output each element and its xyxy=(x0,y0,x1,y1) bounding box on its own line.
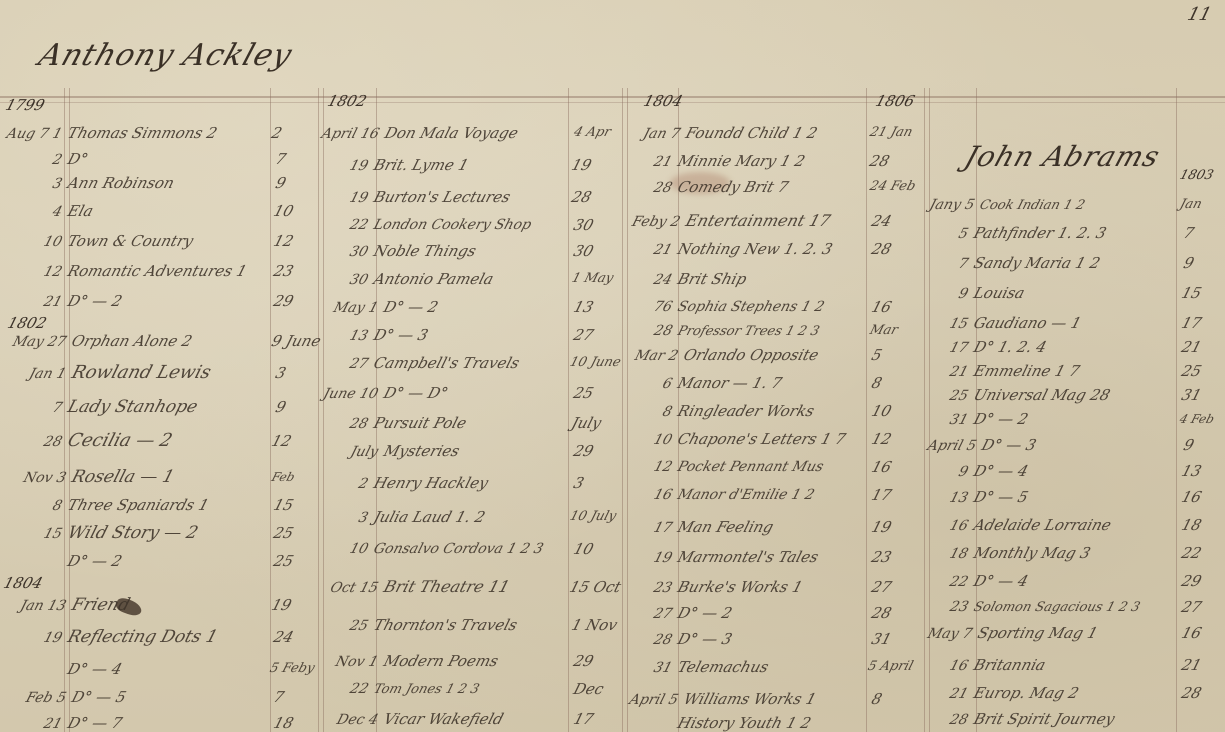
entry-title: Pathfinder 1. 2. 3 xyxy=(972,224,1109,242)
ledger-entry: 31Telemachus xyxy=(641,658,770,677)
ledger-entry: May 7Sporting Mag 1 xyxy=(921,624,1100,643)
entry-date: Jany 5 xyxy=(922,196,977,214)
ledger-entry: 16Adelaide Lorraine xyxy=(937,516,1113,535)
entry-title: Pocket Pennant Mus xyxy=(675,458,825,476)
entry-qty: 3 xyxy=(571,474,586,492)
entry-date: 28 xyxy=(641,179,674,197)
entry-qty: 9 xyxy=(1181,254,1196,272)
ledger-entry: 8Ringleader Works xyxy=(641,402,816,421)
entry-title: D° 1. 2. 4 xyxy=(972,338,1049,356)
ledger-entry: April 5D° — 3 xyxy=(925,436,1038,455)
entry-title: D° — 5 xyxy=(70,688,129,706)
entry-date: 17 xyxy=(937,339,970,357)
ledger-entry: 23Solomon Sagacious 1 2 3 xyxy=(937,598,1142,617)
entry-title: Adelaide Lorraine xyxy=(972,516,1114,534)
ledger-entry: 13D° — 5 xyxy=(937,488,1030,507)
entry-date: 12 xyxy=(31,263,64,281)
ledger-entry: 12Pocket Pennant Mus xyxy=(641,458,825,476)
entry-title: Julia Laud 1. 2 xyxy=(372,508,488,526)
entry-qty: 27 xyxy=(869,578,893,596)
ledger-entry: 3Ann Robinson xyxy=(31,174,176,193)
entry-title: History Youth 1 2 xyxy=(675,714,813,732)
ledger-entry: 17D° 1. 2. 4 xyxy=(937,338,1048,357)
entry-qty: 27 xyxy=(1179,598,1203,616)
entry-qty: 18 xyxy=(271,714,295,732)
entry-qty: 9 xyxy=(1181,436,1196,454)
ledger-entry: 22D° — 4 xyxy=(937,572,1030,591)
entry-qty: 31 xyxy=(1179,386,1203,404)
ledger-entry: Feby 2Entertainment 17 xyxy=(613,212,832,231)
entry-date: 22 xyxy=(338,680,371,698)
entry-title: Marmontel's Tales xyxy=(676,548,821,566)
ledger-entry: 25Thornton's Travels xyxy=(337,616,519,635)
header-rule xyxy=(0,96,1225,98)
ledger-entry: 7Lady Stanhope xyxy=(31,398,199,417)
entry-title: D° — 7 xyxy=(66,714,125,732)
ledger-entry: 16Britannia xyxy=(937,656,1047,675)
entry-date: Jan 13 xyxy=(1,597,68,615)
year-label: 1804 xyxy=(1,574,44,592)
entry-title: Emmeline 1 7 xyxy=(972,362,1082,380)
entry-date: May 27 xyxy=(1,333,68,351)
entry-date: May 1 xyxy=(319,299,380,317)
entry-date: 17 xyxy=(641,519,674,537)
entry-date: 12 xyxy=(641,458,674,476)
entry-qty: 12 xyxy=(869,430,893,448)
ledger-entry: 7Sandy Maria 1 2 xyxy=(937,254,1102,273)
entry-title: Brit. Lyme 1 xyxy=(372,156,471,174)
entry-date: June 10 xyxy=(313,385,380,403)
entry-title: D° — 2 xyxy=(676,604,735,622)
entry-title: Pursuit Pole xyxy=(372,414,469,432)
entry-date: 27 xyxy=(641,605,674,623)
entry-date: 3 xyxy=(31,175,64,193)
ledger-entry: 10Gonsalvo Cordova 1 2 3 xyxy=(337,540,545,558)
ledger-entry: 15Gaudiano — 1 xyxy=(937,314,1083,333)
entry-qty: 25 xyxy=(271,524,295,542)
entry-title: D° — 2 xyxy=(382,298,441,316)
ledger-entry: May 27Orphan Alone 2 xyxy=(1,332,194,351)
entry-qty: 9 xyxy=(273,174,288,192)
entry-title: Sophia Stephens 1 2 xyxy=(675,298,826,316)
entry-qty: 10 xyxy=(271,202,295,220)
entry-qty: 7 xyxy=(273,150,288,168)
entry-qty: 13 xyxy=(1179,462,1203,480)
entry-title: Universal Mag 28 xyxy=(972,386,1113,404)
ledger-entry: 22Tom Jones 1 2 3 xyxy=(337,680,481,699)
entry-qty: 10 xyxy=(571,540,595,558)
entry-date: 18 xyxy=(937,545,970,563)
ledger-entry: 28Pursuit Pole xyxy=(337,414,469,433)
entry-date: July xyxy=(319,443,380,461)
entry-title: Europ. Mag 2 xyxy=(972,684,1081,702)
entry-date: 15 xyxy=(937,315,970,333)
entry-title: D° — 4 xyxy=(65,660,124,678)
entry-qty: 29 xyxy=(571,442,595,460)
ledger-entry: Nov 3Rosella — 1 xyxy=(7,468,176,487)
entry-title: Williams Works 1 xyxy=(682,690,819,708)
entry-date: 28 xyxy=(337,415,370,433)
entry-title: Friend xyxy=(70,596,132,614)
entry-date: 3 xyxy=(337,509,370,527)
entry-qty: 15 Oct xyxy=(567,578,623,596)
entry-date: 4 xyxy=(31,203,64,221)
ledger-entry: 23Burke's Works 1 xyxy=(641,578,805,597)
entry-date: 8 xyxy=(31,497,64,515)
entry-title: Three Spaniards 1 xyxy=(66,496,212,514)
ledger-entry: 19Reflecting Dots 1 xyxy=(31,628,219,647)
entry-date: 28 xyxy=(642,322,675,340)
entry-qty: 23 xyxy=(869,548,893,566)
entry-qty: 22 xyxy=(1179,544,1203,562)
entry-title: Monthly Mag 3 xyxy=(972,544,1093,562)
entry-date: 15 xyxy=(31,525,64,543)
entry-qty: 13 xyxy=(571,298,595,316)
entry-title: Manor — 1. 7 xyxy=(676,374,784,392)
ledger-entry: 21Europ. Mag 2 xyxy=(937,684,1081,703)
entry-date: May 7 xyxy=(921,625,974,643)
entry-qty: 5 Feby xyxy=(267,660,316,678)
entry-title: Antonio Pamela xyxy=(372,270,496,288)
entry-qty: 28 xyxy=(869,604,893,622)
entry-title: Telemachus xyxy=(676,658,771,676)
entry-title: Brit Ship xyxy=(676,270,749,288)
ledger-entry: History Youth 1 2 xyxy=(641,714,813,732)
year-label: 1799 xyxy=(3,96,46,114)
ledger-entry: 21Minnie Mary 1 2 xyxy=(641,152,807,171)
ledger-entry: 4Ela xyxy=(31,202,95,221)
ledger-entry: 28Comedy Brit 7 xyxy=(641,178,790,197)
ledger-entry: 9D° — 4 xyxy=(937,462,1030,481)
ledger-entry: 6Manor — 1. 7 xyxy=(641,374,784,393)
entry-date: 28 xyxy=(641,631,674,649)
entry-date: 22 xyxy=(937,573,970,591)
entry-title: Town & Country xyxy=(66,232,196,250)
ledger-entry: 31D° — 2 xyxy=(937,410,1030,429)
entry-title: D° — 5 xyxy=(972,488,1031,506)
entry-date: 28 xyxy=(31,433,64,451)
entry-qty: 27 xyxy=(571,326,595,344)
ledger-entry: 28Cecilia — 2 xyxy=(31,432,174,451)
entry-date: Feb 5 xyxy=(1,689,68,707)
ledger-entry: 10Chapone's Letters 1 7 xyxy=(641,430,848,449)
entry-title: Chapone's Letters 1 7 xyxy=(676,430,848,448)
entry-qty: 4 Feb xyxy=(1177,410,1216,428)
entry-date: 21 xyxy=(641,241,674,259)
entry-title: D° — 4 xyxy=(972,462,1031,480)
column-rule xyxy=(376,88,377,732)
entry-qty: 4 Apr xyxy=(571,124,612,142)
entry-qty: 29 xyxy=(571,652,595,670)
entry-date: 9 xyxy=(937,463,970,481)
ledger-entry: 8Three Spaniards 1 xyxy=(31,496,211,515)
ledger-entry: Mar 2Orlando Opposite xyxy=(621,346,821,365)
entry-title: London Cookery Shop xyxy=(371,216,533,234)
entry-title: Wild Story — 2 xyxy=(66,524,201,542)
ledger-entry: JulyMysteries xyxy=(319,442,461,461)
entry-qty: 24 xyxy=(869,212,893,230)
entry-title: Foundd Child 1 2 xyxy=(684,124,820,142)
ledger-entry: 19Burton's Lectures xyxy=(337,188,512,207)
column-rule xyxy=(568,88,569,732)
entry-qty: 24 xyxy=(271,628,295,646)
entry-date: April 5 xyxy=(621,691,680,709)
entry-title: Nothing New 1. 2. 3 xyxy=(676,240,835,258)
entry-title: Ela xyxy=(66,202,96,220)
entry-title: Professor Trees 1 2 3 xyxy=(675,323,821,341)
ledger-entry: April 5Williams Works 1 xyxy=(621,690,818,709)
entry-date: 19 xyxy=(641,549,674,567)
ledger-entry: 25Universal Mag 28 xyxy=(937,386,1112,405)
entry-title: D° xyxy=(66,150,91,168)
entry-qty: 28 xyxy=(867,152,891,170)
entry-date: 24 xyxy=(641,271,674,289)
ledger-entry: 22London Cookery Shop xyxy=(337,216,533,234)
entry-qty: Feb xyxy=(269,468,297,486)
year-label: 1802 xyxy=(5,314,48,332)
entry-date: 10 xyxy=(337,540,370,558)
ledger-entry: 16Manor d'Emilie 1 2 xyxy=(641,486,816,504)
entry-title: Comedy Brit 7 xyxy=(676,178,791,196)
entry-date: April 5 xyxy=(925,437,978,455)
entry-date: 21 xyxy=(641,153,674,171)
entry-title: D° — 2 xyxy=(972,410,1031,428)
ledger-entry: 12Romantic Adventures 1 xyxy=(31,262,249,281)
ledger-entry: Jan 13Friend xyxy=(1,596,132,615)
entry-qty: 18 xyxy=(1179,516,1203,534)
entry-qty: 30 xyxy=(571,216,595,234)
entry-date: 22 xyxy=(337,216,370,234)
ledger-entry: 2D° xyxy=(31,150,90,169)
entry-title: Solomon Sagacious 1 2 3 xyxy=(971,599,1142,617)
ledger-entry: 21Emmeline 1 7 xyxy=(937,362,1081,381)
entry-qty: 29 xyxy=(271,292,295,310)
entry-date: 19 xyxy=(31,629,64,647)
entry-qty: 23 xyxy=(271,262,295,280)
entry-date: 2 xyxy=(31,151,64,169)
entry-title: D° — 3 xyxy=(676,630,735,648)
account-title-anthony-ackley: Anthony Ackley xyxy=(34,38,297,73)
entry-title: Modern Poems xyxy=(382,652,501,670)
ledger-entry: Dec 4Vicar Wakefield xyxy=(319,710,505,729)
entry-title: Lady Stanhope xyxy=(66,398,200,416)
entry-title: D° — 3 xyxy=(372,326,431,344)
entry-title: D° — D° xyxy=(382,384,451,402)
entry-title: Sporting Mag 1 xyxy=(976,624,1100,642)
entry-qty: 25 xyxy=(271,552,295,570)
entry-date: 23 xyxy=(938,598,971,616)
ledger-entry: 13D° — 3 xyxy=(337,326,430,345)
ledger-entry: 19Brit. Lyme 1 xyxy=(337,156,471,175)
entry-title: Entertainment 17 xyxy=(684,212,833,230)
entry-date: 25 xyxy=(337,617,370,635)
entry-date: 21 xyxy=(31,293,64,311)
ledger-entry: D° — 4 xyxy=(31,660,124,678)
entry-qty: 29 xyxy=(1179,572,1203,590)
ledger-entry: 30Antonio Pamela xyxy=(337,270,495,289)
ledger-entry: 28D° — 3 xyxy=(641,630,734,649)
ledger-entry: 3Julia Laud 1. 2 xyxy=(337,508,487,527)
entry-qty: 28 xyxy=(1179,684,1203,702)
entry-title: Britannia xyxy=(972,656,1048,674)
entry-title: Cook Indian 1 2 xyxy=(977,197,1087,215)
ledger-entry: 5Pathfinder 1. 2. 3 xyxy=(937,224,1108,243)
ledger-entry: June 10D° — D° xyxy=(313,384,450,403)
ledger-entry: Oct 15Brit Theatre 11 xyxy=(319,578,511,597)
entry-qty: 25 xyxy=(1179,362,1203,380)
entry-qty: 17 xyxy=(1179,314,1203,332)
ledger-entry: April 16Don Mala Voyage xyxy=(319,124,520,143)
column-rule xyxy=(866,88,867,732)
ledger-entry: 2Henry Hackley xyxy=(337,474,490,493)
entry-qty: 21 xyxy=(1179,656,1203,674)
entry-date: 19 xyxy=(337,189,370,207)
entry-title: Cecilia — 2 xyxy=(66,432,175,450)
entry-qty: 8 xyxy=(869,690,884,708)
entry-qty: 12 xyxy=(271,232,295,250)
ledger-entry: D° — 2 xyxy=(31,552,124,570)
entry-date: Nov 1 xyxy=(319,653,380,671)
entry-date: 7 xyxy=(31,399,64,417)
ledger-entry: Jan 7Foundd Child 1 2 xyxy=(625,124,819,143)
ledger-entry: 15Wild Story — 2 xyxy=(31,524,200,543)
ledger-entry: May 1D° — 2 xyxy=(319,298,440,317)
ledger-entry: 17Man Feeling xyxy=(641,518,775,537)
entry-qty: 17 xyxy=(571,710,595,728)
entry-date: 16 xyxy=(937,517,970,535)
entry-title: Rowland Lewis xyxy=(70,364,213,382)
entry-qty: 3 xyxy=(273,364,288,382)
entry-title: Mysteries xyxy=(382,442,462,460)
entry-date: 9 xyxy=(937,285,970,303)
entry-qty: 25 xyxy=(571,384,595,402)
entry-qty: 10 June xyxy=(567,354,622,372)
ledger-page: 11 Anthony Ackley John Abrams 1799 1802 … xyxy=(0,0,1225,732)
entry-title: D° — 2 xyxy=(65,552,124,570)
entry-date: Dec 4 xyxy=(319,711,380,729)
ledger-entry: 18Monthly Mag 3 xyxy=(937,544,1092,563)
entry-date: 8 xyxy=(641,403,674,421)
entry-title: Man Feeling xyxy=(676,518,776,536)
entry-title: Sandy Maria 1 2 xyxy=(972,254,1103,272)
entry-title: Henry Hackley xyxy=(372,474,491,492)
entry-date: Jan 1 xyxy=(1,365,68,383)
entry-qty: 1 May xyxy=(569,270,615,288)
entry-title: Louisa xyxy=(972,284,1027,302)
entry-date: Feby 2 xyxy=(613,213,682,231)
entry-qty: 16 xyxy=(869,458,893,476)
entry-date: 16 xyxy=(937,657,970,675)
entry-qty: 7 xyxy=(1181,224,1196,242)
entry-qty: 21 xyxy=(1179,338,1203,356)
ledger-entry: 21D° — 7 xyxy=(31,714,124,732)
entry-qty: 1 Nov xyxy=(569,616,619,634)
ledger-entry: 27Campbell's Travels xyxy=(337,354,521,373)
entry-title: Orlando Opposite xyxy=(682,346,821,364)
ledger-entry: 30Noble Things xyxy=(337,242,478,261)
ledger-entry: Nov 1Modern Poems xyxy=(319,652,500,671)
entry-title: Gaudiano — 1 xyxy=(972,314,1084,332)
entry-qty: 9 June xyxy=(269,332,323,350)
entry-date: Nov 3 xyxy=(7,469,68,487)
entry-title: Campbell's Travels xyxy=(372,354,522,372)
entry-title: Noble Things xyxy=(372,242,479,260)
entry-qty: 7 xyxy=(271,688,286,706)
entry-date: 30 xyxy=(337,271,370,289)
entry-date: 31 xyxy=(937,411,970,429)
entry-title: Manor d'Emilie 1 2 xyxy=(675,486,816,504)
entry-date: Aug 7 1 xyxy=(0,125,64,143)
entry-title: Minnie Mary 1 2 xyxy=(676,152,808,170)
column-rule xyxy=(1176,88,1177,732)
entry-qty: 5 xyxy=(869,346,884,364)
entry-date: 25 xyxy=(937,387,970,405)
ledger-entry: 76Sophia Stephens 1 2 xyxy=(641,298,826,316)
ledger-entry: Jany 5Cook Indian 1 2 xyxy=(921,196,1087,215)
entry-qty: 9 xyxy=(273,398,288,416)
account-title-john-abrams: John Abrams xyxy=(961,140,1165,173)
entry-date: Oct 15 xyxy=(319,579,380,597)
column-rule xyxy=(622,88,628,732)
entry-qty: 12 xyxy=(269,432,293,450)
ledger-entry: 27D° — 2 xyxy=(641,604,734,623)
entry-date: 31 xyxy=(641,659,674,677)
year-label: 1803 xyxy=(1178,168,1215,183)
entry-date: 10 xyxy=(31,233,64,251)
entry-title: Orphan Alone 2 xyxy=(70,332,195,350)
header-rule-2 xyxy=(0,102,1225,103)
ledger-entry: 24Brit Ship xyxy=(641,270,749,289)
entry-date: 6 xyxy=(641,375,674,393)
entry-date: 10 xyxy=(641,431,674,449)
entry-date: 27 xyxy=(337,355,370,373)
entry-date: 7 xyxy=(937,255,970,273)
entry-qty: 21 Jan xyxy=(867,124,914,142)
entry-qty: 16 xyxy=(869,298,893,316)
entry-title: Brit Spirit Journey xyxy=(972,710,1117,728)
ledger-entry: 28Professor Trees 1 2 3 xyxy=(641,322,821,341)
entry-title: Brit Theatre 11 xyxy=(382,578,512,596)
entry-date: April 16 xyxy=(319,125,381,143)
entry-qty: 2 xyxy=(269,124,284,142)
entry-qty: 30 xyxy=(571,242,595,260)
entry-title: D° — 3 xyxy=(980,436,1039,454)
entry-date: 76 xyxy=(641,298,674,316)
entry-date: 2 xyxy=(337,475,370,493)
entry-date: 23 xyxy=(641,579,674,597)
entry-qty: Mar xyxy=(867,322,899,340)
entry-qty: 10 July xyxy=(567,508,618,526)
entry-title: Gonsalvo Cordova 1 2 3 xyxy=(371,540,545,558)
entry-date: 21 xyxy=(937,685,970,703)
entry-qty: Jan xyxy=(1177,196,1204,214)
page-number: 11 xyxy=(1185,4,1214,25)
ledger-entry: 10Town & Country xyxy=(31,232,195,251)
year-label: 1804 xyxy=(641,92,684,110)
entry-date: 21 xyxy=(31,715,64,732)
ledger-entry: 28Brit Spirit Journey xyxy=(937,710,1117,729)
entry-title: Burke's Works 1 xyxy=(676,578,805,596)
entry-qty: 24 Feb xyxy=(867,178,917,196)
entry-title: Don Mala Voyage xyxy=(383,124,521,142)
entry-date: 16 xyxy=(641,486,674,504)
entry-title: Burton's Lectures xyxy=(372,188,513,206)
column-rule xyxy=(270,88,271,732)
entry-qty: 19 xyxy=(569,156,593,174)
entry-date: 13 xyxy=(337,327,370,345)
entry-date: Mar 2 xyxy=(621,347,680,365)
year-label: 1806 xyxy=(873,92,916,110)
